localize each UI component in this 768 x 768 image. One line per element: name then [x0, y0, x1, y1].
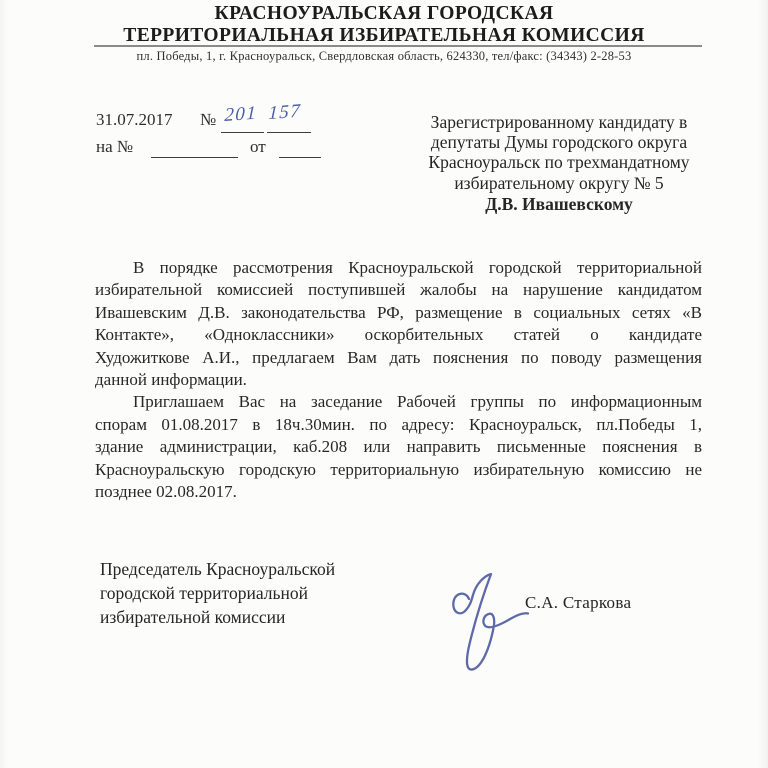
handwritten-signature	[438, 560, 542, 680]
body-line: Красноуральскую городскую территориальну…	[95, 459, 702, 481]
reply-number-underline	[151, 157, 238, 158]
body-line: Художиткове А.И., предлагаем Вам дать по…	[95, 347, 702, 369]
recipient-block: Зарегистрированному кандидату в депутаты…	[403, 112, 715, 214]
body-line: здание администрации, каб.208 или направ…	[95, 436, 702, 458]
reply-date-label: от	[250, 137, 266, 157]
body-line: В порядке рассмотрения Красноуральской г…	[95, 257, 702, 279]
body-line: спорам 01.08.2017 в 18ч.30мин. по адресу…	[95, 414, 702, 436]
signatory-position-block: Председатель Красноуральской городской т…	[100, 557, 380, 629]
letterhead-divider	[94, 45, 702, 47]
reply-date-underline	[279, 157, 321, 158]
handwritten-number-1: 201	[224, 103, 258, 127]
body-line: избирательной комиссией поступившей жало…	[95, 279, 702, 301]
number-underline-2	[267, 132, 311, 133]
letter-number-sign: №	[200, 110, 216, 130]
recipient-line: депутаты Думы городского округа	[403, 132, 715, 152]
letter-body: В порядке рассмотрения Красноуральской г…	[95, 257, 702, 503]
handwritten-number-2: 157	[268, 101, 302, 125]
org-address-line: пл. Победы, 1, г. Красноуральск, Свердло…	[0, 49, 768, 64]
signatory-position-line: городской территориальной	[100, 581, 380, 605]
org-title-line1: КРАСНОУРАЛЬСКАЯ ГОРОДСКАЯ	[0, 3, 768, 25]
number-underline-1	[221, 132, 264, 133]
recipient-line: Зарегистрированному кандидату в	[403, 112, 715, 132]
recipient-line: избирательному округу № 5	[403, 173, 715, 193]
signatory-name: С.А. Старкова	[525, 593, 631, 613]
signatory-position-line: избирательной комиссии	[100, 605, 380, 629]
body-line: Контакте», «Одноклассники» оскорбительны…	[95, 324, 702, 346]
signatory-position-line: Председатель Красноуральской	[100, 557, 380, 581]
body-line: данной информации.	[95, 369, 702, 391]
reply-number-label: на №	[96, 137, 133, 157]
recipient-line: Красноуральск по трехмандатному	[403, 152, 715, 172]
recipient-name: Д.В. Ивашевскому	[403, 194, 715, 214]
body-line: позднее 02.08.2017.	[95, 481, 702, 503]
org-title-line2: ТЕРРИТОРИАЛЬНАЯ ИЗБИРАТЕЛЬНАЯ КОМИССИЯ	[0, 25, 768, 47]
body-line: Ивашевским Д.В. законодательства РФ, раз…	[95, 302, 702, 324]
body-line: Приглашаем Вас на заседание Рабочей груп…	[95, 391, 702, 413]
letter-date: 31.07.2017	[96, 110, 173, 130]
scanned-letter-page: КРАСНОУРАЛЬСКАЯ ГОРОДСКАЯ ТЕРРИТОРИАЛЬНА…	[0, 0, 768, 768]
